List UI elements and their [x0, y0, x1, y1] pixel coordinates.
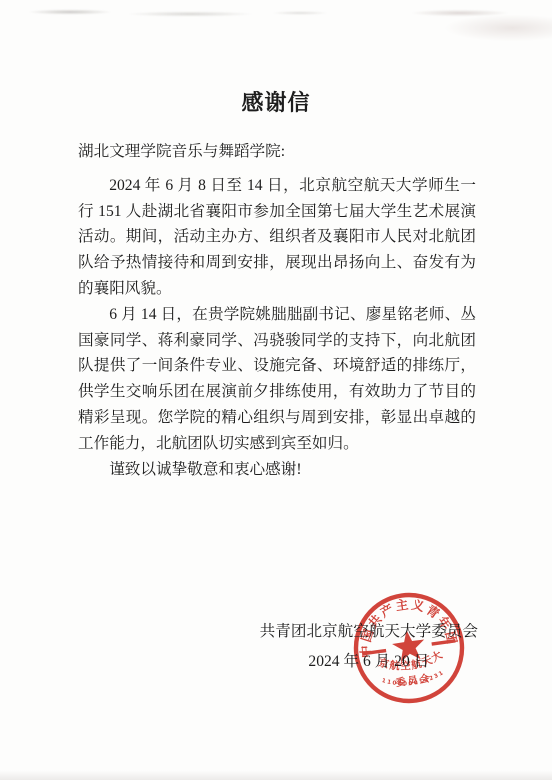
signature-block: 共青团北京航空航天大学委员会 2024 年 6 月 20 日: [260, 617, 478, 677]
paragraph-1: 2024 年 6 月 8 日至 14 日，北京航空航天大学师生一行 151 人赴…: [78, 173, 476, 302]
closing-line: 谨致以诚挚敬意和衷心感谢!: [78, 457, 476, 483]
salutation: 湖北文理学院音乐与舞蹈学院:: [78, 139, 476, 165]
paragraph-2: 6 月 14 日，在贵学院姚朏朏副书记、廖星铭老师、丛国豪同学、蒋利豪同学、冯骁…: [78, 302, 476, 457]
letter-title: 感谢信: [0, 86, 552, 117]
signature-date: 2024 年 6 月 20 日: [260, 647, 478, 677]
scan-artifact-top-right: [402, 10, 552, 50]
scan-artifact-top: [0, 4, 552, 20]
letter-body: 湖北文理学院音乐与舞蹈学院: 2024 年 6 月 8 日至 14 日，北京航空…: [78, 139, 476, 482]
signature-organization: 共青团北京航空航天大学委员会: [260, 617, 478, 647]
scan-artifact-bottom: [0, 768, 552, 780]
letter-page: 感谢信 湖北文理学院音乐与舞蹈学院: 2024 年 6 月 8 日至 14 日，…: [0, 0, 552, 780]
